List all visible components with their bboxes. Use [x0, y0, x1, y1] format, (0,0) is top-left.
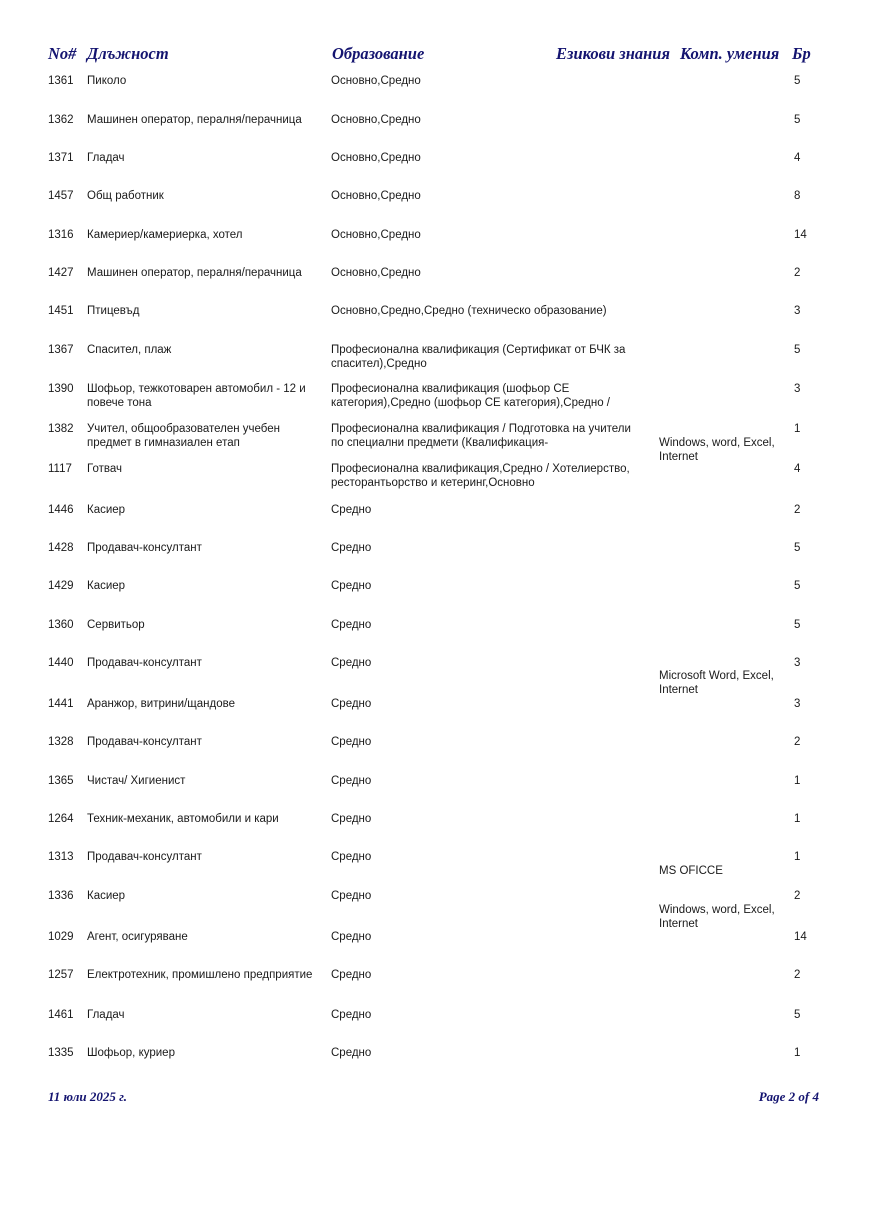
position-count: 5 — [794, 580, 800, 594]
education-requirement: Средно — [331, 580, 631, 594]
position-count: 8 — [794, 190, 800, 204]
position-count: 5 — [794, 75, 800, 89]
position-name: Техник-механик, автомобили и кари — [87, 813, 322, 827]
education-requirement: Основно,Средно,Средно (техническо образо… — [331, 305, 631, 319]
education-requirement: Средно — [331, 619, 631, 633]
column-header-languages: Езикови знания — [556, 44, 670, 64]
position-count: 14 — [794, 229, 807, 243]
row-number: 1367 — [48, 344, 74, 358]
row-number: 1257 — [48, 969, 74, 983]
position-count: 5 — [794, 344, 800, 358]
education-requirement: Средно — [331, 890, 631, 904]
computer-skill-note: Windows, word, Excel, Internet — [659, 437, 779, 464]
education-requirement: Основно,Средно — [331, 152, 631, 166]
position-count: 3 — [794, 657, 800, 671]
position-count: 14 — [794, 931, 807, 945]
computer-skill-note: MS OFICCE — [659, 865, 779, 879]
education-requirement: Средно — [331, 736, 631, 750]
position-name: Продавач-консултант — [87, 542, 322, 556]
row-number: 1428 — [48, 542, 74, 556]
position-name: Шофьор, тежкотоварен автомобил - 12 и по… — [87, 383, 322, 410]
computer-skill-note: Windows, word, Excel, Internet — [659, 904, 779, 931]
column-header-count: Бр — [792, 44, 811, 64]
row-number: 1313 — [48, 851, 74, 865]
row-number: 1429 — [48, 580, 74, 594]
row-number: 1451 — [48, 305, 74, 319]
position-count: 2 — [794, 736, 800, 750]
position-name: Спасител, плаж — [87, 344, 322, 358]
row-number: 1117 — [48, 463, 72, 477]
row-number: 1316 — [48, 229, 74, 243]
row-number: 1360 — [48, 619, 74, 633]
computer-skill-note: Microsoft Word, Excel, Internet — [659, 670, 779, 697]
position-count: 5 — [794, 1009, 800, 1023]
position-name: Шофьор, куриер — [87, 1047, 322, 1061]
row-number: 1446 — [48, 504, 74, 518]
row-number: 1461 — [48, 1009, 74, 1023]
position-count: 3 — [794, 383, 800, 397]
row-number: 1427 — [48, 267, 74, 281]
position-name: Агент, осигуряване — [87, 931, 322, 945]
position-count: 5 — [794, 114, 800, 128]
position-name: Касиер — [87, 504, 322, 518]
position-name: Готвач — [87, 463, 322, 477]
position-name: Учител, общообразователен учебен предмет… — [87, 423, 322, 450]
position-name: Пиколо — [87, 75, 322, 89]
position-name: Продавач-консултант — [87, 851, 322, 865]
education-requirement: Средно — [331, 813, 631, 827]
education-requirement: Средно — [331, 504, 631, 518]
position-name: Сервитьор — [87, 619, 322, 633]
education-requirement: Професионална квалификация / Подготовка … — [331, 423, 631, 450]
position-count: 1 — [794, 1047, 800, 1061]
position-name: Общ работник — [87, 190, 322, 204]
position-name: Гладач — [87, 152, 322, 166]
column-header-computer-skills: Комп. умения — [680, 44, 779, 64]
education-requirement: Основно,Средно — [331, 267, 631, 281]
row-number: 1371 — [48, 152, 74, 166]
position-count: 1 — [794, 423, 800, 437]
position-count: 5 — [794, 619, 800, 633]
row-number: 1336 — [48, 890, 74, 904]
position-count: 2 — [794, 504, 800, 518]
row-number: 1441 — [48, 698, 74, 712]
education-requirement: Професионална квалификация (Сертификат о… — [331, 344, 631, 371]
education-requirement: Професионална квалификация,Средно / Хоте… — [331, 463, 631, 490]
education-requirement: Основно,Средно — [331, 75, 631, 89]
education-requirement: Средно — [331, 931, 631, 945]
position-name: Камериер/камериерка, хотел — [87, 229, 322, 243]
position-name: Гладач — [87, 1009, 322, 1023]
row-number: 1335 — [48, 1047, 74, 1061]
education-requirement: Основно,Средно — [331, 229, 631, 243]
education-requirement: Основно,Средно — [331, 190, 631, 204]
row-number: 1362 — [48, 114, 74, 128]
row-number: 1440 — [48, 657, 74, 671]
education-requirement: Средно — [331, 698, 631, 712]
column-header-position: Длъжност — [87, 44, 169, 64]
position-count: 5 — [794, 542, 800, 556]
position-count: 4 — [794, 152, 800, 166]
position-name: Касиер — [87, 890, 322, 904]
position-name: Продавач-консултант — [87, 657, 322, 671]
position-name: Касиер — [87, 580, 322, 594]
page-number: Page 2 of 4 — [759, 1089, 819, 1105]
report-date: 11 юли 2025 г. — [48, 1089, 127, 1105]
position-name: Аранжор, витрини/щандове — [87, 698, 322, 712]
position-count: 1 — [794, 851, 800, 865]
position-name: Чистач/ Хигиенист — [87, 775, 322, 789]
education-requirement: Средно — [331, 1009, 631, 1023]
position-name: Птицевъд — [87, 305, 322, 319]
education-requirement: Средно — [331, 775, 631, 789]
column-header-education: Образование — [332, 44, 424, 64]
education-requirement: Средно — [331, 542, 631, 556]
row-number: 1328 — [48, 736, 74, 750]
row-number: 1382 — [48, 423, 74, 437]
position-count: 1 — [794, 775, 800, 789]
position-count: 2 — [794, 267, 800, 281]
position-count: 3 — [794, 698, 800, 712]
education-requirement: Средно — [331, 969, 631, 983]
position-count: 2 — [794, 969, 800, 983]
position-count: 4 — [794, 463, 800, 477]
position-count: 3 — [794, 305, 800, 319]
position-count: 1 — [794, 813, 800, 827]
position-name: Електротехник, промишлено предприятие — [87, 969, 322, 983]
position-count: 2 — [794, 890, 800, 904]
education-requirement: Професионална квалификация (шофьор CE ка… — [331, 383, 631, 410]
row-number: 1390 — [48, 383, 74, 397]
education-requirement: Средно — [331, 851, 631, 865]
row-number: 1361 — [48, 75, 74, 89]
education-requirement: Средно — [331, 657, 631, 671]
position-name: Продавач-консултант — [87, 736, 322, 750]
column-header-no: No# — [48, 44, 76, 64]
row-number: 1264 — [48, 813, 74, 827]
education-requirement: Основно,Средно — [331, 114, 631, 128]
education-requirement: Средно — [331, 1047, 631, 1061]
row-number: 1365 — [48, 775, 74, 789]
row-number: 1457 — [48, 190, 74, 204]
position-name: Машинен оператор, пералня/перачница — [87, 267, 322, 281]
position-name: Машинен оператор, пералня/перачница — [87, 114, 322, 128]
row-number: 1029 — [48, 931, 74, 945]
